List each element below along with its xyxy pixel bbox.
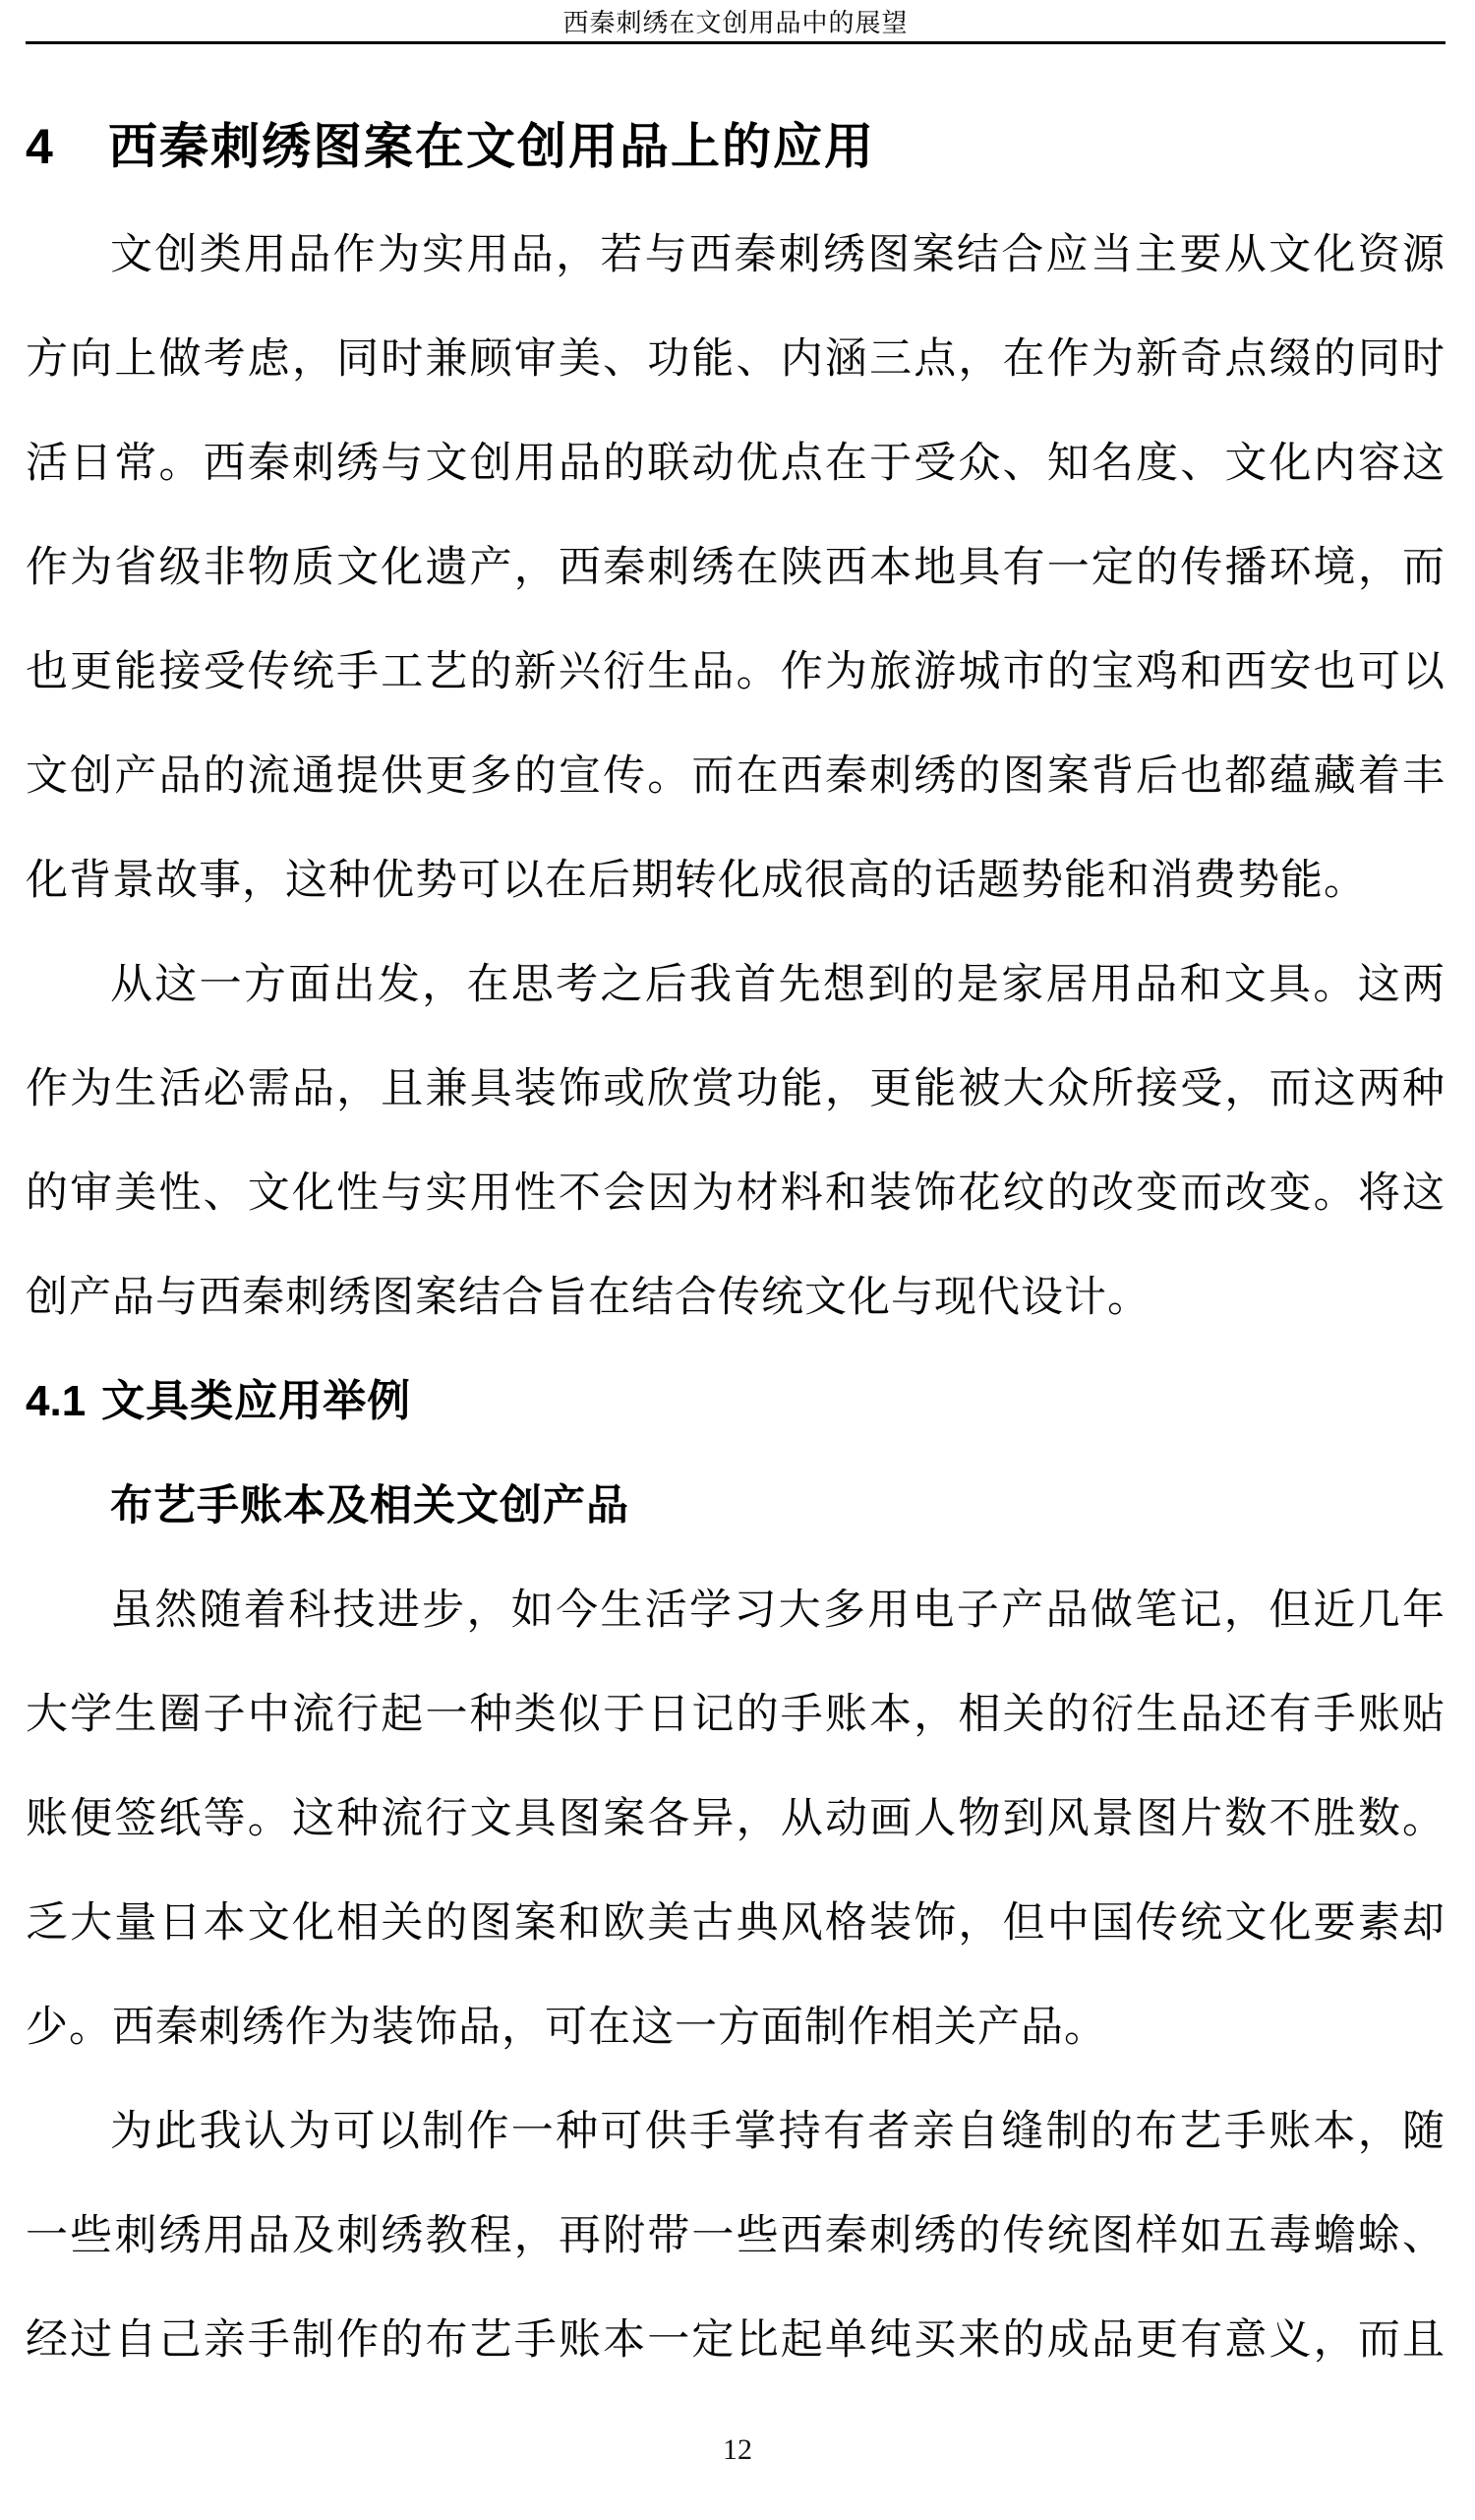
subsection-heading: 4.1文具类应用举例: [26, 1350, 1445, 1454]
paragraph-3: 虽然随着科技进步，如今生活学习大多用电子产品做笔记，但近几年在高中、 大学生圈子…: [26, 1558, 1445, 2079]
text-line: 文创产品的流通提供更多的宣传。而在西秦刺绣的图案背后也都蕴藏着丰富的文: [26, 724, 1445, 828]
text-line: 文创类用品作为实用品，若与西秦刺绣图案结合应当主要从文化资源运用的: [26, 203, 1445, 307]
text-line: 为此我认为可以制作一种可供手掌持有者亲自缝制的布艺手账本，随本附赠: [26, 2079, 1445, 2184]
text-line: 也更能接受传统手工艺的新兴衍生品。作为旅游城市的宝鸡和西安也可以为新兴: [26, 620, 1445, 724]
document-page: 西秦刺绣在文创用品中的展望 4西秦刺绣图案在文创用品上的应用 文创类用品作为实用…: [0, 0, 1475, 2520]
subsection-heading-number: 4.1: [26, 1350, 86, 1454]
text-line: 创产品与西秦刺绣图案结合旨在结合传统文化与现代设计。: [26, 1245, 1445, 1350]
text-line: 作为生活必需品，且兼具装饰或欣赏功能，更能被大众所接受，而这两种必需品: [26, 1037, 1445, 1141]
subsection-heading-title: 文具类应用举例: [101, 1377, 411, 1425]
text-line: 的审美性、文化性与实用性不会因为材料和装饰花纹的改变而改变。将这两种文: [26, 1141, 1445, 1245]
text-line: 乏大量日本文化相关的图案和欧美古典风格装饰，但中国传统文化要素却少之又: [26, 1871, 1445, 1975]
text-line: 大学生圈子中流行起一种类似于日记的手账本，相关的衍生品还有手账贴纸、手: [26, 1662, 1445, 1767]
section-heading: 4西秦刺绣图案在文创用品上的应用: [26, 115, 1445, 178]
text-line: 方向上做考虑，同时兼顾审美、功能、内涵三点，在作为新奇点缀的同时融入生: [26, 307, 1445, 411]
text-line: 少。西秦刺绣作为装饰品，可在这一方面制作相关产品。: [26, 1975, 1445, 2079]
text-line: 账便签纸等。这种流行文具图案各异，从动画人物到风景图片数不胜数。其中不: [26, 1767, 1445, 1871]
text-line: 活日常。西秦刺绣与文创用品的联动优点在于受众、知名度、文化内容这三点。: [26, 411, 1445, 515]
paragraph-4: 为此我认为可以制作一种可供手掌持有者亲自缝制的布艺手账本，随本附赠 一些刺绣用品…: [26, 2079, 1445, 2392]
text-line: 作为省级非物质文化遗产，西秦刺绣在陕西本地具有一定的传播环境，而本地人: [26, 515, 1445, 620]
section-heading-title: 西秦刺绣图案在文创用品上的应用: [108, 119, 875, 174]
section-heading-number: 4: [26, 115, 108, 178]
text-line: 一些刺绣用品及刺绣教程，再附带一些西秦刺绣的传统图样如五毒蟾蜍、五福图，: [26, 2184, 1445, 2288]
text-line: 化背景故事，这种优势可以在后期转化成很高的话题势能和消费势能。: [26, 828, 1445, 932]
header-rule: [26, 41, 1445, 44]
paragraph-subtitle: 布艺手账本及相关文创产品: [26, 1454, 1445, 1558]
paragraph-2: 从这一方面出发，在思考之后我首先想到的是家居用品和文具。这两种产品 作为生活必需…: [26, 932, 1445, 1350]
text-line: 虽然随着科技进步，如今生活学习大多用电子产品做笔记，但近几年在高中、: [26, 1558, 1445, 1662]
text-line: 经过自己亲手制作的布艺手账本一定比起单纯买来的成品更有意义，而且在制作: [26, 2288, 1445, 2392]
paragraph-1: 文创类用品作为实用品，若与西秦刺绣图案结合应当主要从文化资源运用的 方向上做考虑…: [26, 203, 1445, 932]
text-line: 从这一方面出发，在思考之后我首先想到的是家居用品和文具。这两种产品: [26, 932, 1445, 1037]
running-header: 西秦刺绣在文创用品中的展望: [26, 0, 1445, 37]
page-number: 12: [0, 2433, 1475, 2467]
